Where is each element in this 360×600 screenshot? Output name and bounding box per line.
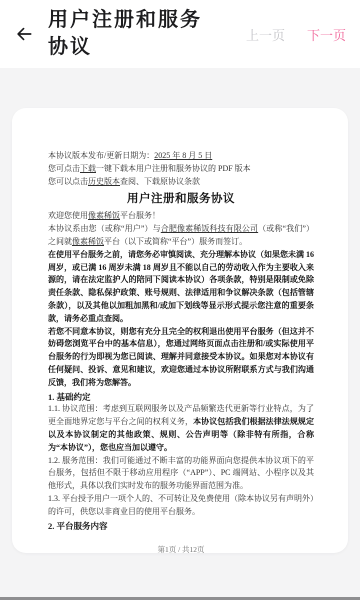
- doc-meta: 您可点击下载一键下载本用户注册和服务协议的 PDF 版本: [48, 163, 314, 176]
- doc-text: 查阅、下载原协议条款: [120, 177, 200, 186]
- doc-title: 用户注册和服务协议: [48, 191, 314, 207]
- doc-heading: 2. 平台服务内容: [48, 520, 314, 533]
- doc-text: 1.2. 服务范围：我们可能通过不断丰富的功能界面向您提供本协议项下的平台服务，…: [48, 456, 314, 491]
- doc-link[interactable]: 像素稀饭: [72, 237, 104, 246]
- doc-text: 平台服务！: [120, 211, 160, 220]
- doc-para: 1.3. 平台授予用户一项个人的、不可转让及免费使用（除本协议另有声明外）的许可…: [48, 493, 314, 519]
- doc-link[interactable]: 历史版本: [88, 177, 120, 186]
- app-header: 用户注册和服务协议 上一页 下一页: [0, 0, 360, 68]
- next-page-button[interactable]: 下一页: [307, 25, 346, 44]
- doc-text: 若您不同意本协议，则您有充分且完全的权利退出使用平台服务（但这并不妨碍您浏览平台…: [48, 327, 314, 387]
- doc-heading: 1. 基础约定: [48, 391, 314, 404]
- scroll-area[interactable]: 本协议版本发布/更新日期为：2025 年 8 月 5 日您可点击下载一键下载本用…: [0, 68, 360, 600]
- doc-para: 若您不同意本协议，则您有充分且完全的权利退出使用平台服务（但这并不妨碍您浏览平台…: [48, 326, 314, 390]
- doc-text: 本协议系由您（或称“用户”）与: [48, 224, 161, 233]
- app-screen: 用户注册和服务协议 上一页 下一页 本协议版本发布/更新日期为：2025 年 8…: [0, 0, 360, 600]
- doc-para: 本协议系由您（或称“用户”）与合肥像素稀饭科技有限公司（或称“我们”）之间就像素…: [48, 223, 314, 249]
- doc-text: 平台（以下或简称“平台”）服务而签订。: [104, 237, 247, 246]
- doc-link[interactable]: 合肥像素稀饭科技有限公司: [161, 224, 258, 233]
- doc-text: 本协议版本发布/更新日期为：: [48, 151, 154, 160]
- arrow-left-icon: [14, 24, 34, 44]
- pager-controls: 上一页 下一页: [246, 25, 346, 44]
- doc-footer: 第1页 / 共12页: [48, 544, 314, 553]
- doc-para: 1.2. 服务范围：我们可能通过不断丰富的功能界面向您提供本协议项下的平台服务，…: [48, 455, 314, 493]
- doc-link[interactable]: 2025 年 8 月 5 日: [154, 151, 212, 160]
- back-button[interactable]: [10, 12, 44, 56]
- doc-link[interactable]: 下载: [80, 164, 96, 173]
- doc-para: 欢迎您使用像素稀饭平台服务！: [48, 210, 314, 223]
- document-page: 本协议版本发布/更新日期为：2025 年 8 月 5 日您可点击下载一键下载本用…: [12, 108, 348, 553]
- doc-meta: 本协议版本发布/更新日期为：2025 年 8 月 5 日: [48, 150, 314, 163]
- doc-text: 您可以点击: [48, 177, 88, 186]
- doc-link[interactable]: 像素稀饭: [88, 211, 120, 220]
- doc-text: 您可点击: [48, 164, 80, 173]
- doc-text: 1.3. 平台授予用户一项个人的、不可转让及免费使用（除本协议另有声明外）的许可…: [48, 494, 314, 516]
- doc-text: 在使用平台服务之前，请您务必审慎阅读、充分理解本协议（如果您未满 16 周岁，或…: [48, 250, 314, 323]
- prev-page-button[interactable]: 上一页: [246, 25, 285, 44]
- doc-para: 在使用平台服务之前，请您务必审慎阅读、充分理解本协议（如果您未满 16 周岁，或…: [48, 249, 314, 326]
- doc-meta: 您可以点击历史版本查阅、下载原协议条款: [48, 176, 314, 189]
- doc-para: 1.1. 协议范围：考虑到互联网服务以及产品频繁迭代更新等行业特点，为了更全面地…: [48, 403, 314, 454]
- doc-text: 欢迎您使用: [48, 211, 88, 220]
- doc-text: 一键下载本用户注册和服务协议的 PDF 版本: [96, 164, 251, 173]
- page-title: 用户注册和服务协议: [48, 7, 208, 61]
